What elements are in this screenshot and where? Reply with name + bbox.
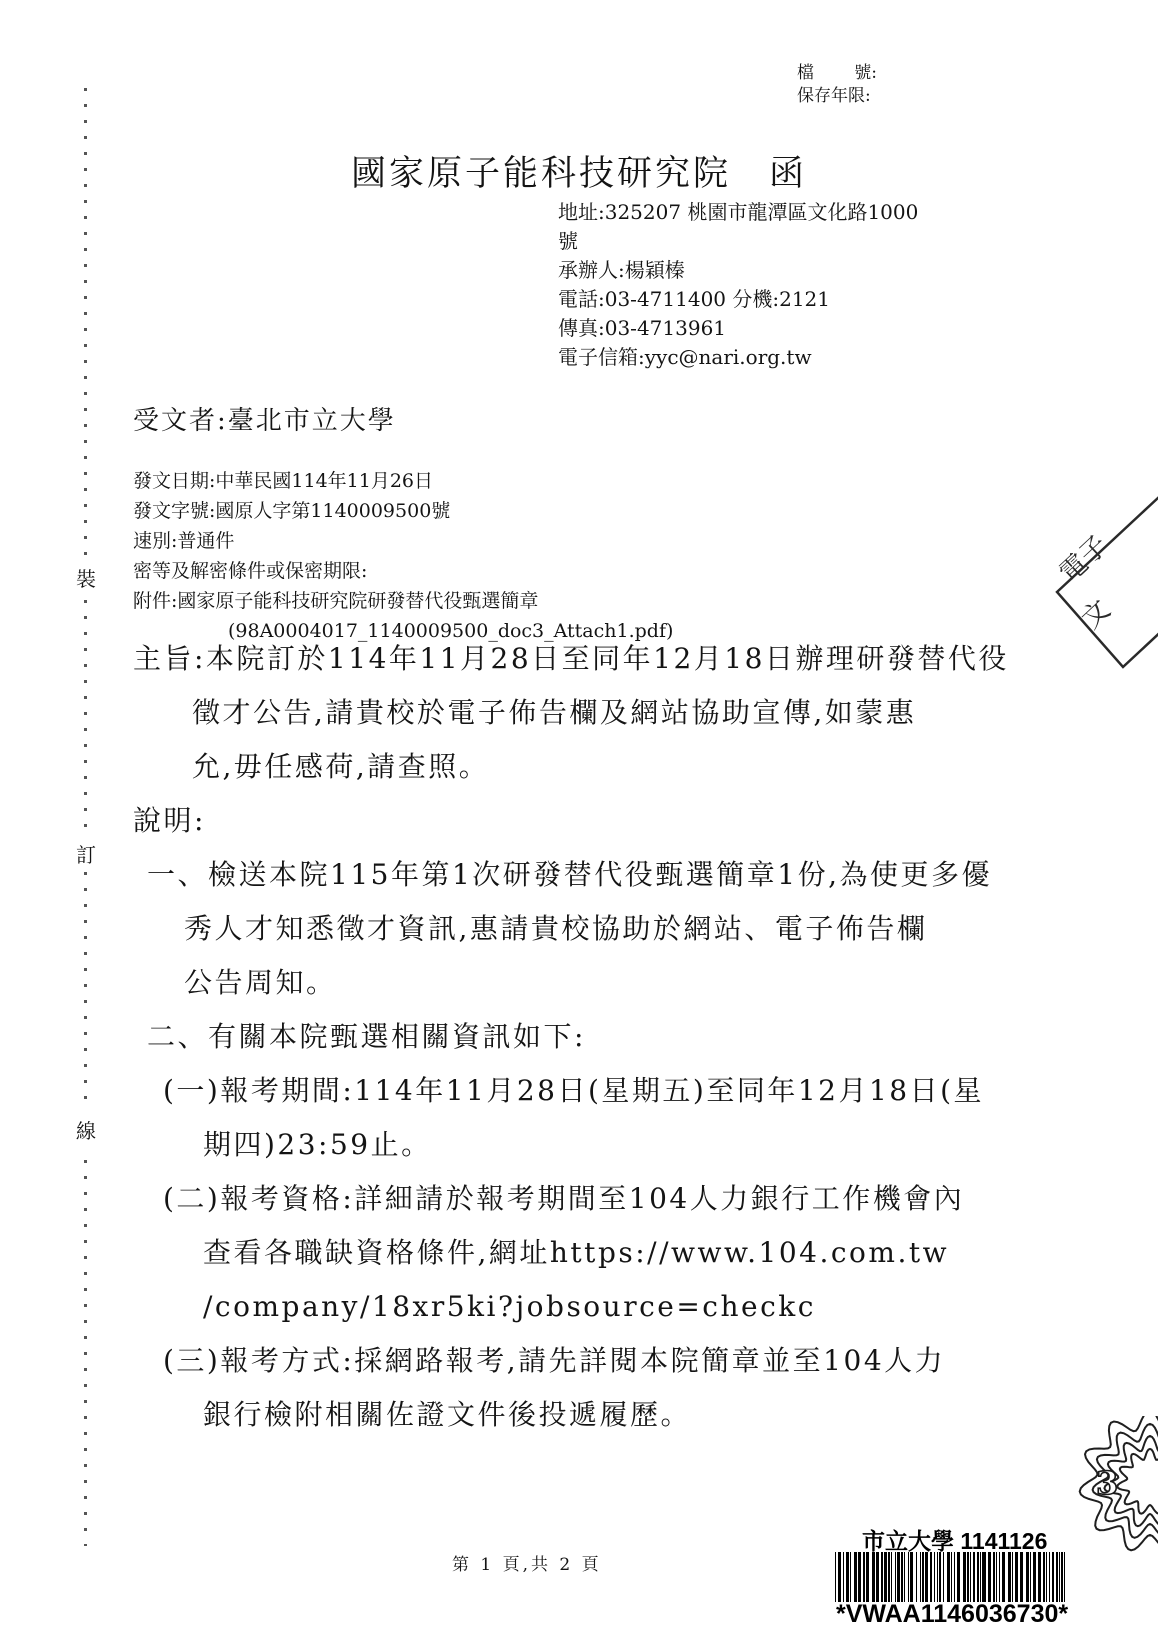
- subject-line-1: 主旨:本院訂於114年11月28日至同年12月18日辦理研發替代役: [0, 632, 1100, 686]
- binding-dotted-line: [84, 88, 87, 1546]
- recipient-line: 受文者:臺北市立大學: [133, 400, 396, 437]
- electronic-exchange-stamp: 電子 文: [1018, 492, 1158, 682]
- subject-line-3: 允,毋任感荷,請查照。: [0, 740, 1100, 794]
- file-number-line: 檔 號:: [797, 62, 877, 85]
- file-number-box: 檔 號: 保存年限:: [797, 62, 897, 108]
- explanation-item1-line1: 一、檢送本院115年第1次研發替代役甄選簡章1份,為使更多優: [0, 848, 1100, 902]
- explanation-item1-line3: 公告周知。: [0, 956, 1100, 1010]
- tracking-barcode: [835, 1552, 1065, 1602]
- retention-period-label: 保存年限:: [797, 85, 897, 108]
- subitem1-line2: 期四)23:59止。: [0, 1118, 1100, 1172]
- explanation-item1-line2: 秀人才知悉徵才資訊,惠請貴校協助於網站、電子佈告欄: [0, 902, 1100, 956]
- flower-seal-number: 3: [1096, 1464, 1118, 1502]
- classification-line: 密等及解密條件或保密期限:: [133, 556, 673, 586]
- sender-contact-block: 地址:325207 桃園市龍潭區文化路1000 號 承辦人:楊穎榛 電話:03-…: [558, 198, 988, 372]
- binding-mark-ding: 訂: [74, 836, 98, 871]
- subitem3-line2: 銀行檢附相關佐證文件後投遞履歷。: [0, 1388, 1100, 1442]
- reference-number-line: 發文字號:國原人字第1140009500號: [133, 496, 673, 526]
- subitem1-line1: (一)報考期間:114年11月28日(星期五)至同年12月18日(星: [0, 1064, 1100, 1118]
- subject-line-2: 徵才公告,請貴校於電子佈告欄及網站協助宣傳,如蒙惠: [0, 686, 1100, 740]
- subitem3-line1: (三)報考方式:採網路報考,請先詳閱本院簡章並至104人力: [0, 1334, 1100, 1388]
- subitem2-line3: /company/18xr5ki?jobsource=checkc: [0, 1280, 1100, 1334]
- sender-address-line1: 地址:325207 桃園市龍潭區文化路1000: [558, 198, 988, 227]
- scanned-official-letter-page: 檔 號: 保存年限: 國家原子能科技研究院 函 地址:325207 桃園市龍潭區…: [0, 0, 1158, 1649]
- attachment-line: 附件:國家原子能科技研究院研發替代役甄選簡章: [133, 586, 673, 616]
- sender-fax: 傳真:03-4713961: [558, 314, 988, 343]
- flower-seal: 3: [1062, 1416, 1158, 1556]
- subitem2-line2: 查看各職缺資格條件,網址https://www.104.com.tw: [0, 1226, 1100, 1280]
- sender-address-line2: 號: [558, 227, 988, 256]
- letter-body: 主旨:本院訂於114年11月28日至同年12月18日辦理研發替代役 徵才公告,請…: [0, 632, 1100, 1442]
- sender-contact-person: 承辦人:楊穎榛: [558, 256, 988, 285]
- flower-seal-rings: [1080, 1416, 1158, 1550]
- file-number-colon: 號:: [854, 62, 877, 85]
- explanation-item2-line1: 二、有關本院甄選相關資訊如下:: [0, 1010, 1100, 1064]
- sender-phone: 電話:03-4711400 分機:2121: [558, 285, 988, 314]
- sender-email: 電子信箱:yyc@nari.org.tw: [558, 343, 988, 372]
- priority-line: 速別:普通件: [133, 526, 673, 556]
- binding-mark-zhuang: 裝: [74, 560, 98, 595]
- exchange-stamp-text-line1: 電子: [1054, 530, 1115, 589]
- document-meta-block: 發文日期:中華民國114年11月26日 發文字號:國原人字第1140009500…: [133, 466, 673, 646]
- issue-date-line: 發文日期:中華民國114年11月26日: [133, 466, 673, 496]
- subitem2-line1: (二)報考資格:詳細請於報考期間至104人力銀行工作機會內: [0, 1172, 1100, 1226]
- barcode-text: *VWAA1146036730*: [836, 1600, 1068, 1629]
- page-indicator: 第 1 頁,共 2 頁: [452, 1550, 602, 1575]
- explanation-heading: 說明:: [0, 794, 1100, 848]
- exchange-stamp-text-line2: 文: [1076, 594, 1117, 635]
- document-title: 國家原子能科技研究院 函: [0, 146, 1158, 196]
- file-number-label: 檔: [797, 62, 814, 85]
- binding-mark-xian: 線: [74, 1112, 98, 1147]
